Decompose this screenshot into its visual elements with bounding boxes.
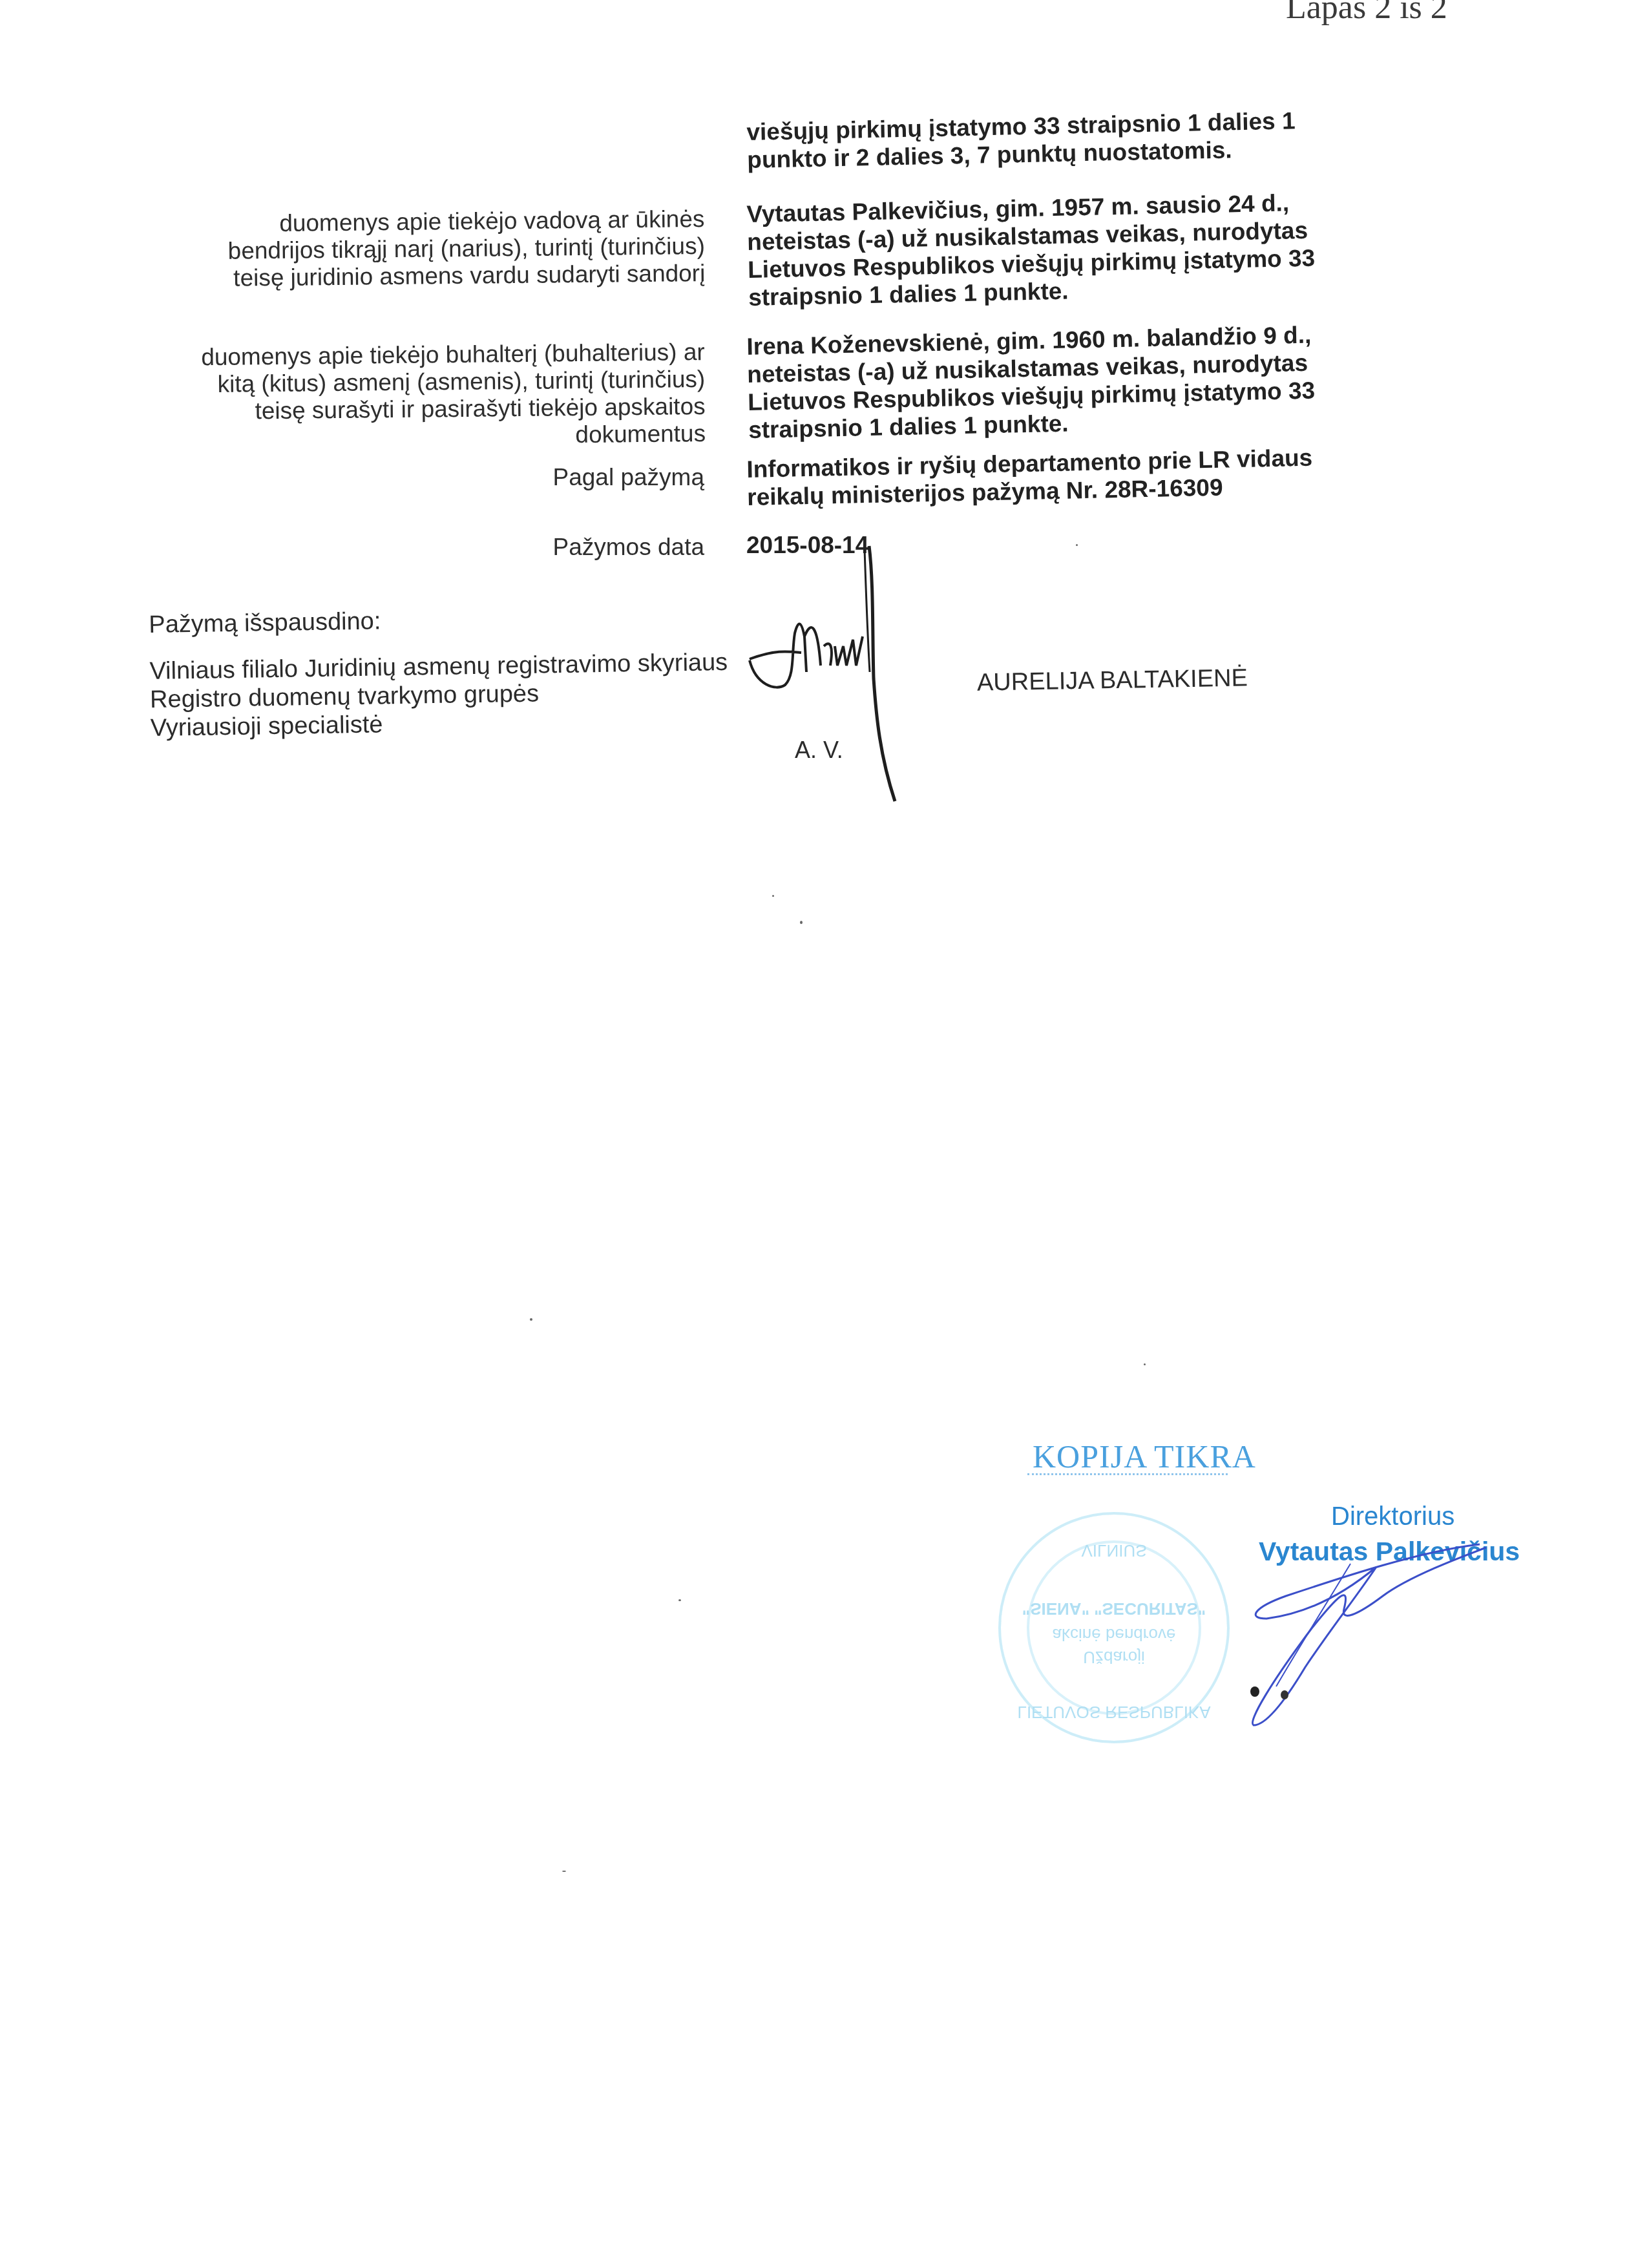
certificate-date-value: 2015-08-14: [746, 531, 1367, 559]
certificate-date-label: Pažymos data: [553, 534, 704, 561]
seal-text: Uždaroji: [1001, 1647, 1227, 1667]
stamp-underline: [1027, 1473, 1228, 1475]
accountant-data-label: duomenys apie tiekėjo buhalterį (buhalte…: [201, 339, 706, 452]
scan-speck: [1076, 544, 1078, 546]
certificate-basis-label: Pagal pažymą: [553, 464, 704, 491]
label-line: dokumentus: [202, 420, 706, 452]
label-line: Pagal pažymą: [553, 464, 704, 491]
accountant-data-value: Irena Koženevskienė, gim. 1960 m. baland…: [746, 320, 1369, 444]
scan-speck: [800, 921, 803, 924]
scan-speck: [1144, 1363, 1146, 1365]
manager-data-label: duomenys apie tiekėjo vadovą ar ūkinės b…: [227, 205, 705, 292]
ink-dot: [1281, 1690, 1288, 1699]
seal-text: akcinė bendrovė: [1001, 1624, 1227, 1644]
seal-text: VILNIUS: [1001, 1540, 1227, 1560]
certified-copy-stamp: KOPIJA TIKRA: [1033, 1438, 1256, 1475]
certificate-basis-value: Informatikos ir ryšių departamento prie …: [746, 443, 1368, 511]
ink-dot: [1250, 1686, 1259, 1697]
printed-by-title: Pažymą išspausdino:: [149, 602, 727, 639]
officer-name: AURELIJA BALTAKIENĖ: [977, 664, 1248, 697]
page-number: Lapas 2 iš 2: [1286, 0, 1447, 26]
legal-basis-value: viešųjų pirkimų įstatymo 33 straipsnio 1…: [746, 105, 1368, 174]
director-title: Direktorius: [1331, 1502, 1455, 1531]
company-seal-icon: VILNIUS "SIENA" "SECURITAS" akcinė bendr…: [998, 1512, 1230, 1743]
scan-speck: [562, 1871, 566, 1872]
seal-text: LIETUVOS RESPUBLIKA: [1001, 1702, 1227, 1722]
seal-place-mark: A. V.: [795, 737, 843, 764]
scan-speck: [530, 1318, 532, 1321]
manager-data-value: Vytautas Palkevičius, gim. 1957 m. sausi…: [746, 187, 1369, 311]
scan-speck: [678, 1599, 681, 1601]
seal-text: "SIENA" "SECURITAS": [1001, 1599, 1227, 1619]
scan-speck: [772, 895, 774, 897]
label-line: teisę juridinio asmens vardu sudaryti sa…: [228, 260, 706, 292]
director-name: Vytautas Palkevičius: [1259, 1537, 1520, 1567]
label-line: Pažymos data: [553, 534, 704, 561]
value-line: 2015-08-14: [746, 531, 1367, 559]
printed-by-block: Pažymą išspausdino: Vilniaus filialo Jur…: [149, 602, 729, 742]
